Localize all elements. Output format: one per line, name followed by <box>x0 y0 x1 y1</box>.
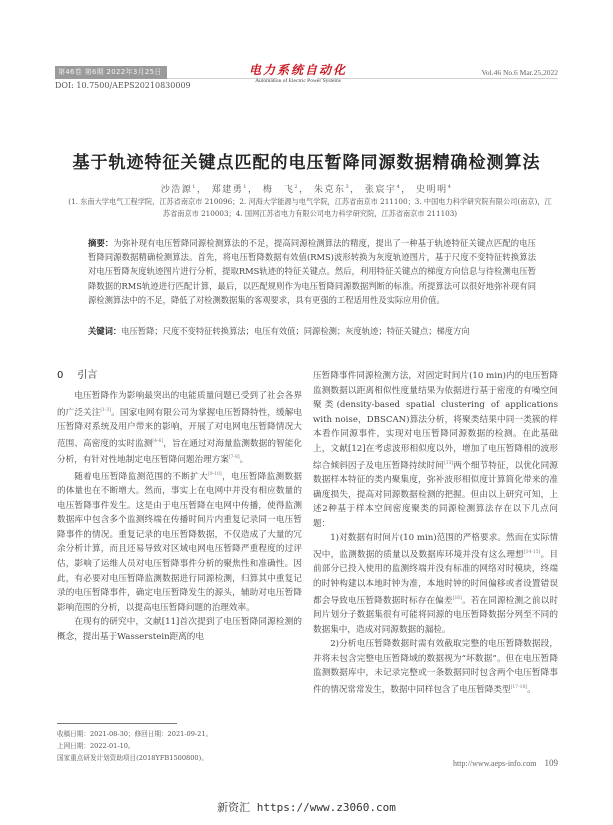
footnote-online: 上网日期：2022-01-10。 <box>57 740 302 752</box>
paper-title: 基于轨迹特征关键点匹配的电压暂降同源数据精确检测算法 <box>0 148 613 173</box>
author: 沙浩源 <box>161 185 193 195</box>
doi[interactable]: DOI: 10.7500/AEPS20210830009 <box>55 81 191 90</box>
citation[interactable]: [16] <box>453 596 462 601</box>
text: 压暂降事件同源检测方法，对固定时间片(10 min)内的电压暂降监测数据以距离相… <box>313 371 558 470</box>
author-affiliation-mark: 1 <box>243 184 248 190</box>
journal-header: 第46卷 第6期 2022年3月25日 DOI: 10.7500/AEPS202… <box>55 66 558 100</box>
citation[interactable]: [4-6] <box>152 439 163 444</box>
text: 。 <box>240 455 249 465</box>
citation[interactable]: [17-18] <box>511 685 527 690</box>
citation[interactable]: [14-15] <box>524 550 540 555</box>
author-affiliation-mark: 4 <box>448 184 453 190</box>
keywords-text: 电压暂降；尺度不变特征转换算法；电压有效值；同源检测；灰度轨迹；特征关键点；梯度… <box>121 326 469 336</box>
paragraph: 1)对数据有时间片(10 min)范围的严格要求。然而在实际情况中，监测数据的质… <box>313 531 558 637</box>
body-column-right: 压暂降事件同源检测方法，对固定时间片(10 min)内的电压暂降监测数据以距离相… <box>313 369 558 698</box>
text: 两个细节特征，以优化同源数据样本特征的类内聚集度，弥补波形相似度计算简化带来的准… <box>313 460 558 528</box>
keywords: 关键词：电压暂降；尺度不变特征转换算法；电压有效值；同源检测；灰度轨迹；特征关键… <box>88 324 536 338</box>
abstract-text: 为弥补现有电压暂降同源检测算法的不足，提高同源检测算法的精度，提出了一种基于轨迹… <box>88 238 536 305</box>
footnote-funding: 国家重点研发计划资助项目(2018YFB1500800)。 <box>57 752 302 764</box>
text: 随着电压暂降监测范围的不断扩大 <box>74 471 208 481</box>
author-affiliation-mark: 4 <box>397 184 402 190</box>
citation[interactable]: [13] <box>444 461 453 466</box>
section-number: 0 <box>57 370 63 381</box>
citation[interactable]: [9-10] <box>208 472 222 477</box>
author: 张宸宇 <box>365 185 397 195</box>
text: 1)对数据有时间片(10 min)范围的严格要求。然而在实际情况中，监测数据的质… <box>313 533 558 559</box>
author-affiliation-mark: 1 <box>192 184 197 190</box>
journal-name-cn: 电力系统自动化 <box>223 63 373 77</box>
paragraph: 电压暂降作为影响最突出的电能质量问题已受到了社会各界的广泛关注[1-3]。国家电… <box>57 389 302 468</box>
author-affiliation-mark: 2 <box>294 184 299 190</box>
paragraph: 随着电压暂降监测范围的不断扩大[9-10]，电压暂降监测数据的体量也在不断增大。… <box>57 468 302 616</box>
page-number: 109 <box>545 758 559 768</box>
affiliations: (1. 东南大学电气工程学院，江苏省南京市 210096；2. 河海大学能源与电… <box>65 196 555 220</box>
issue-info-cn: 第46卷 第6期 2022年3月25日 <box>55 66 167 79</box>
body-column-left: 0引言 电压暂降作为影响最突出的电能质量问题已受到了社会各界的广泛关注[1-3]… <box>57 369 302 645</box>
citation[interactable]: [7-8] <box>229 455 240 460</box>
author: 郑建勇 <box>212 185 244 195</box>
text: ，电压暂降监测数据的体量也在不断增大。然而，事实上在电网中并没有相应数量的电压暂… <box>57 471 302 612</box>
paragraph: 在现有的研究中，文献[11]首次提到了电压暂降同源检测的概念，提出基于Wasse… <box>57 615 302 644</box>
footnotes: 收稿日期：2021-08-30；修回日期：2021-09-21。 上网日期：20… <box>57 728 302 764</box>
journal-logo: 电力系统自动化 Automation of Electric Power Sys… <box>223 63 373 85</box>
journal-url[interactable]: http://www.aeps-info.com <box>453 759 536 768</box>
author-list: 沙浩源1， 郑建勇1， 梅 飞2， 朱克东3， 张宸宇4， 史明明4 <box>0 182 613 195</box>
author-affiliation-mark: 3 <box>345 184 350 190</box>
text: 。 <box>527 685 536 695</box>
footnote-received: 收稿日期：2021-08-30；修回日期：2021-09-21。 <box>57 728 302 740</box>
footnote-divider <box>57 723 177 724</box>
section-heading: 0引言 <box>57 369 302 383</box>
abstract-label: 摘要： <box>88 238 113 248</box>
issue-info-en: Vol.46 No.6 Mar.25,2022 <box>481 68 558 77</box>
abstract: 摘要：为弥补现有电压暂降同源检测算法的不足，提高同源检测算法的精度，提出了一种基… <box>88 236 536 307</box>
keywords-label: 关键词： <box>88 326 121 336</box>
paragraph: 压暂降事件同源检测方法，对固定时间片(10 min)内的电压暂降监测数据以距离相… <box>313 369 558 531</box>
page-footer: http://www.aeps-info.com109 <box>383 758 558 768</box>
author: 史明明 <box>416 185 448 195</box>
watermark: 新资汇 https://www.z3060.com <box>0 799 613 815</box>
author: 朱克东 <box>314 185 346 195</box>
citation[interactable]: [1-3] <box>100 408 111 413</box>
section-title: 引言 <box>77 370 97 381</box>
journal-name-en: Automation of Electric Power Systems <box>223 77 373 85</box>
author: 梅 飞 <box>263 185 295 195</box>
paragraph: 2)分析电压暂降数据时需有效截取完整的电压暂降数据段，并将未包含完整电压暂降域的… <box>313 637 558 697</box>
